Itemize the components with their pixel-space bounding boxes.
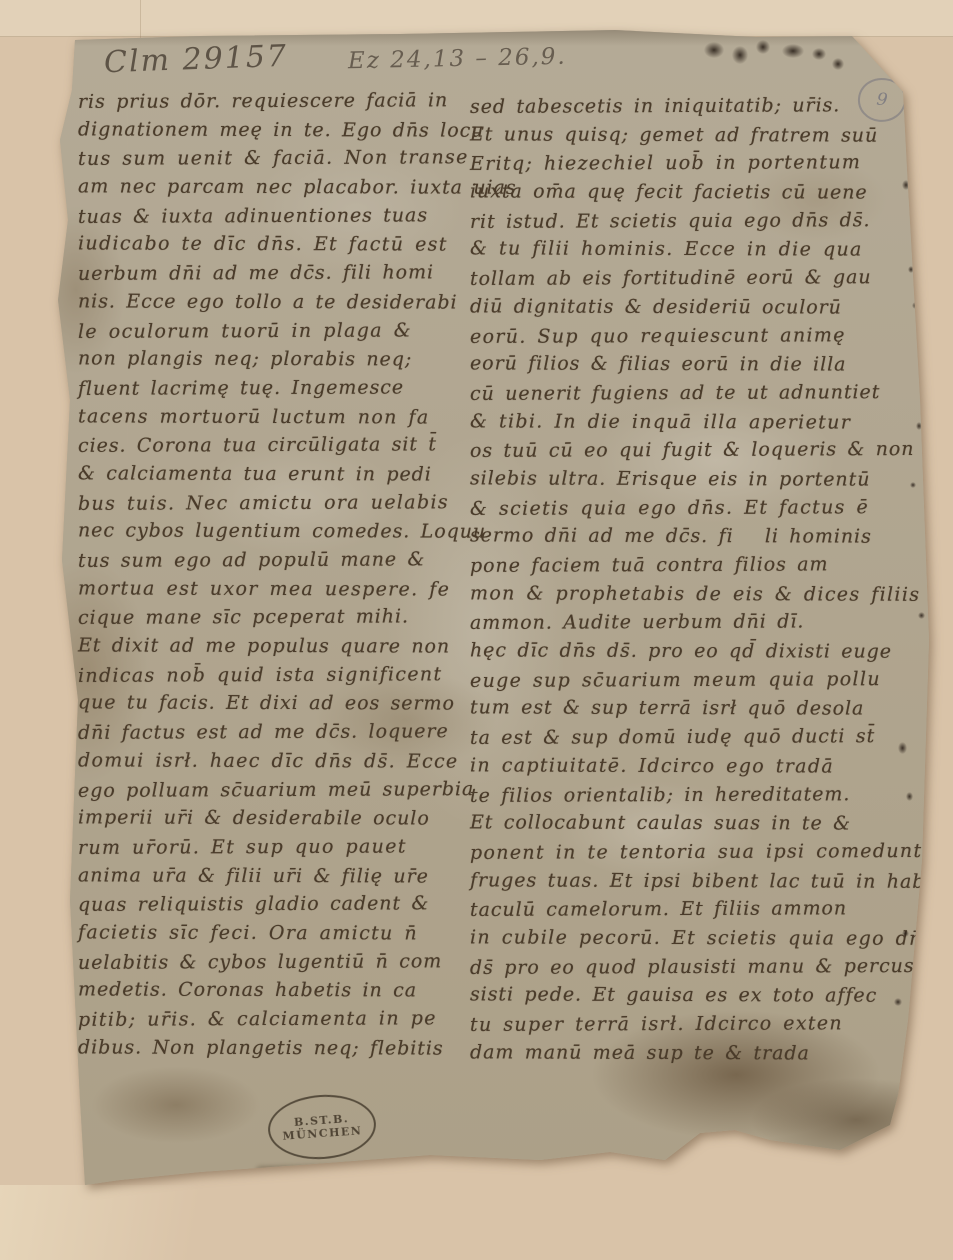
manuscript-text-line: nec cybos lugentium comedes. Loquu [78,517,473,547]
manuscript-text-line: eorū. Sup quo requiescunt animę [470,321,890,352]
manuscript-text-line: dignationem meę in te. Ego dn̄s locu [78,115,473,145]
manuscript-text-line: tus sum uenit & faciā. Non transe [78,144,473,174]
manuscript-text-line: tollam ab eis fortitudinē eorū & gau [470,263,890,294]
ink-blot [812,48,826,60]
manuscript-photo: { "annotations": { "shelfmark": "Clm 291… [0,0,953,1260]
ink-speck [898,742,907,754]
ink-blot [732,46,748,64]
manuscript-text-line: cique mane sīc pceperat mihi. [78,603,473,633]
manuscript-text-line: iuxta om̄a quę fecit facietis cū uene [470,177,890,207]
text-column-left: ris prius dōr. requiescere faciā indigna… [78,87,473,1062]
ink-blot [756,40,770,54]
manuscript-text-line: iudicabo te dīc dn̄s. Et factū est [78,230,473,260]
parchment-surface: Clm 29157 Ez 24,13 – 26,9. 9 ris prius d… [56,30,936,1190]
ink-speck [902,180,910,190]
manuscript-text-line: am nec parcam nec placabor. iuxta uias [78,172,473,202]
manuscript-text-line: Et unus quisq; gemet ad fratrem suū [470,120,890,150]
manuscript-text-line: te filios orientalib; in hereditatem. [470,780,890,811]
bible-reference-annotation: Ez 24,13 – 26,9. [348,44,567,75]
manuscript-text-line: & tibi. In die inquā illa aperietur [470,407,890,437]
text-column-right: sed tabescetis in iniquitatib; ur̄is.Et … [470,92,890,1067]
manuscript-text-line: anima ur̄a & filii ur̄i & filię ur̄e [78,861,473,891]
mount-light-patch [0,1185,240,1260]
ink-speck [912,302,919,309]
ink-blot [832,58,844,70]
manuscript-text-line: ds̄ pro eo quod plausisti manu & percus [470,952,890,983]
manuscript-text-line: Et dixit ad me populus quare non [78,631,473,661]
manuscript-text-line: Et collocabunt caulas suas in te & [470,809,890,839]
manuscript-text-line: rit istud. Et scietis quia ego dn̄s ds̄. [470,206,890,237]
manuscript-text-line: ammon. Audite uerbum dn̄i dī. [470,607,890,638]
manuscript-text-line: rum ur̄orū. Et sup quo pauet [78,832,473,862]
manuscript-text-line: non plangis neq; plorabis neq; [78,345,473,375]
ink-speck [894,998,902,1006]
manuscript-text-line: sed tabescetis in iniquitatib; ur̄is. [470,91,890,122]
manuscript-text-line: cū uenerit fugiens ad te ut adnuntiet [470,378,890,409]
manuscript-text-line: ris prius dōr. requiescere faciā in [78,86,473,116]
manuscript-text-line: hęc dīc dn̄s ds̄. pro eo qd̄ dixisti eug… [470,636,890,666]
manuscript-text-line: ta est & sup domū iudę quō ducti st̄ [470,722,890,753]
manuscript-text-line: & scietis quia ego dn̄s. Et factus ē [470,493,890,524]
manuscript-text-line: silebis ultra. Erisque eis in portentū [470,464,890,494]
manuscript-text-line: nis. Ecce ego tollo a te desiderabi [78,287,473,317]
manuscript-text-line: sisti pede. Et gauisa es ex toto affec [470,981,890,1011]
manuscript-text-line: diū dignitatis & desideriū oculorū [470,292,890,322]
manuscript-text-line: fruges tuas. Et ipsi bibent lac tuū in h… [470,866,890,896]
manuscript-text-line: taculū camelorum. Et filiis ammon [470,894,890,925]
manuscript-text-line: facietis sīc feci. Ora amictu n̄ [78,918,473,948]
manuscript-text-line: eorū filios & filias eorū in die illa [470,350,890,380]
manuscript-text-line: le oculorum tuorū in plaga & [78,316,473,346]
manuscript-text-line: pone faciem tuā contra filios am [470,550,890,581]
stamp-offset-ghost [256,1164,416,1176]
manuscript-text-line: quas reliquistis gladio cadent & [78,889,473,919]
manuscript-text-line: euge sup sc̄uarium meum quia pollu [470,665,890,696]
manuscript-text-line: Eritq; hiezechiel uob̄ in portentum [470,148,890,179]
manuscript-text-line: ego polluam sc̄uarium meū superbia [78,775,473,805]
manuscript-text-line: & tu filii hominis. Ecce in die qua [470,235,890,265]
manuscript-text-line: in cubile pecorū. Et scietis quia ego dn… [470,923,890,953]
manuscript-text-line: sermo dn̄i ad me dc̄s. fi li hominis [470,522,890,552]
manuscript-text-line: tacens mortuorū luctum non fa [78,402,473,432]
manuscript-text-line: tu super terrā isrł. Idcirco exten [470,1009,890,1040]
ink-speck [910,482,916,488]
manuscript-text-line: que tu facis. Et dixi ad eos sermo [78,689,473,719]
manuscript-text-line: uelabitis & cybos lugentiū n̄ com [78,947,473,977]
manuscript-text-line: cies. Corona tua circūligata sit t̄ [78,430,473,460]
ink-blot [782,44,804,58]
ink-speck [918,612,925,619]
parchment-leaf: Clm 29157 Ez 24,13 – 26,9. 9 ris prius d… [56,30,936,1190]
library-stamp: B.ST.B. MÜNCHEN [266,1091,378,1162]
ink-speck [916,422,922,430]
manuscript-text-line: tuas & iuxta adinuentiones tuas [78,201,473,231]
ink-speck [908,266,914,273]
manuscript-text-line: fluent lacrimę tuę. Ingemesce [78,373,473,403]
manuscript-text-line: dibus. Non plangetis neq; flebitis [78,1033,473,1063]
manuscript-text-line: domui isrł. haec dīc dn̄s ds̄. Ecce [78,746,473,776]
manuscript-text-line: imperii ur̄i & desiderabile oculo [78,804,473,834]
manuscript-text-line: in captiuitatē. Idcirco ego tradā [470,751,890,781]
manuscript-text-line: & calciamenta tua erunt in pedi [78,459,473,489]
manuscript-text-line: tum est & sup terrā isrł quō desola [470,694,890,724]
shelfmark-annotation: Clm 29157 [103,39,288,80]
manuscript-text-line: uerbum dn̄i ad me dc̄s. fili homi [78,258,473,288]
ink-blot [704,42,724,58]
manuscript-text-line: pitib; ur̄is. & calciamenta in pe [78,1004,473,1034]
ink-speck [902,930,909,937]
manuscript-text-line: os tuū cū eo qui fugit & loqueris & non [470,435,890,466]
manuscript-text-line: ponent in te tentoria sua ipsi comedunt [470,837,890,868]
manuscript-text-line: dn̄i factus est ad me dc̄s. loquere [78,717,473,747]
manuscript-text-line: medetis. Coronas habetis in ca [78,976,473,1006]
ink-speck [906,792,913,801]
manuscript-text-line: indicas nob̄ quid ista significent [78,660,473,690]
manuscript-text-line: bus tuis. Nec amictu ora uelabis [78,488,473,518]
manuscript-text-line: mortua est uxor mea uespere. fe [78,574,473,604]
manuscript-text-line: mon & prophetabis de eis & dices filiis [470,579,890,609]
manuscript-text-line: dam manū meā sup te & trada [470,1038,890,1068]
manuscript-text-line: tus sum ego ad populū mane & [78,545,473,575]
